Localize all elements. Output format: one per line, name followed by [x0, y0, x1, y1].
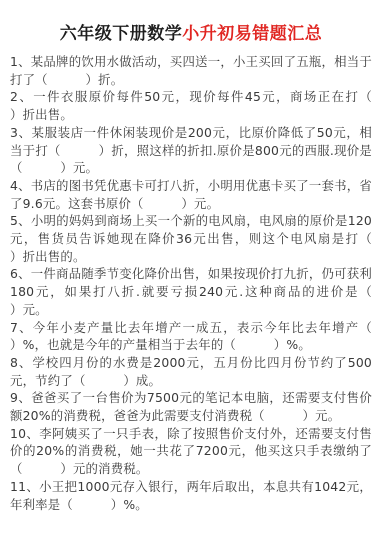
question-8: 8、学校四月份的水费是2000元，五月份比四月份节约了500元，节约了（ ）成。 — [10, 354, 372, 389]
question-7: 7、今年小麦产量比去年增产一成五，表示今年比去年增产（ ）%，也就是今年的产量相… — [10, 319, 372, 354]
question-list: 1、某品牌的饮用水做活动，买四送一，小王买回了五瓶，相当于打了（ ）折。 2、一… — [10, 53, 372, 513]
title-red-part: 小升初易错题汇总 — [182, 24, 322, 44]
title-black-part: 六年级下册数学 — [60, 24, 183, 44]
question-10: 10、李阿姨买了一只手表，除了按照售价支付外，还需要支付售价的20%的消费税，她… — [10, 425, 372, 478]
question-9: 9、爸爸买了一台售价为7500元的笔记本电脑，还需要支付售价额20%的消费税，爸… — [10, 389, 372, 424]
question-4: 4、书店的图书凭优惠卡可打八折，小明用优惠卡买了一套书，省了9.6元。这套书原价… — [10, 177, 372, 212]
question-6: 6、一件商品随季节变化降价出售，如果按现价打九折，仍可获利180元，如果打八折.… — [10, 265, 372, 318]
worksheet-page: 六年级下册数学小升初易错题汇总 1、某品牌的饮用水做活动，买四送一，小王买回了五… — [0, 0, 382, 540]
question-2: 2、一件衣服原价每件50元，现价每件45元，商场正在打（ ）折出售。 — [10, 88, 372, 123]
question-5: 5、小明的妈妈到商场上买一个新的电风扇，电风扇的原价是120元，售货员告诉她现在… — [10, 212, 372, 265]
question-3: 3、某服装店一件休闲装现价是200元，比原价降低了50元，相当于打（ ）折，照这… — [10, 124, 372, 177]
page-title: 六年级下册数学小升初易错题汇总 — [10, 24, 372, 44]
question-11: 11、小王把1000元存入银行，两年后取出，本息共有1042元，年利率是（ ）%… — [10, 478, 372, 513]
question-1: 1、某品牌的饮用水做活动，买四送一，小王买回了五瓶，相当于打了（ ）折。 — [10, 53, 372, 88]
